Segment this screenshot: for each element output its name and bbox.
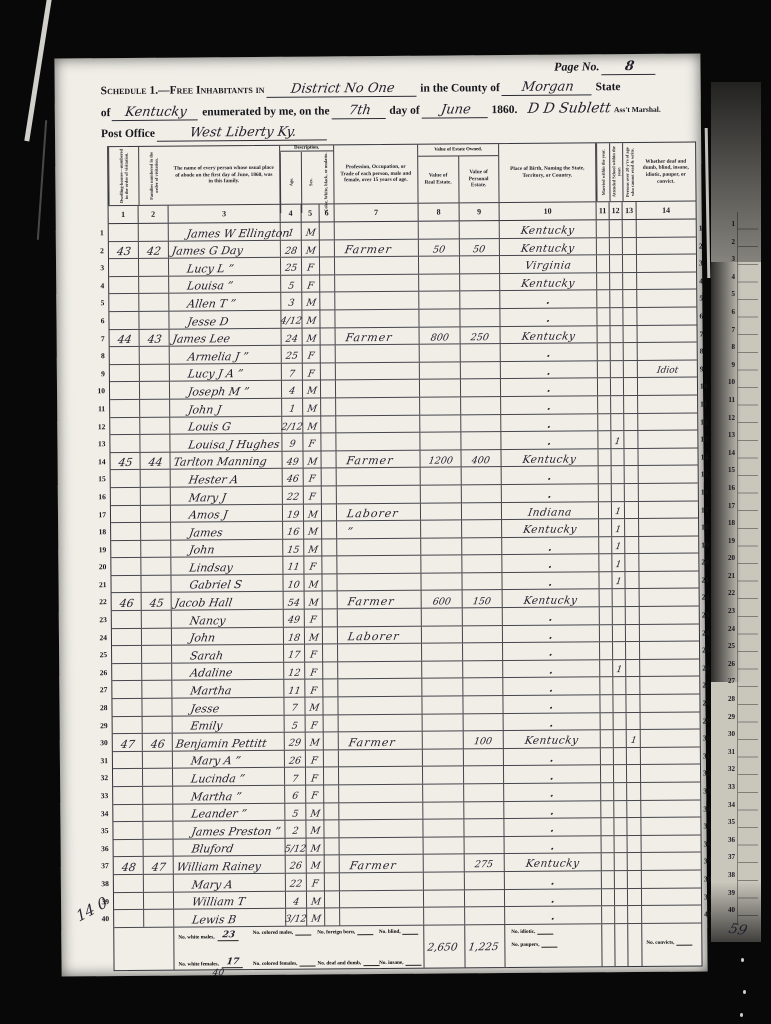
cell-color [324, 821, 339, 838]
cell-color [323, 662, 338, 679]
header-sex: Sex. [301, 151, 319, 213]
cell-value: 7 [291, 774, 298, 784]
cell-value: . [550, 912, 556, 923]
cell-value: M [309, 809, 320, 819]
cell-personal-estate [461, 432, 501, 449]
cell-birthplace: . [502, 467, 599, 484]
day-value: 7th [331, 103, 387, 119]
cell-cannot-read [623, 220, 637, 237]
cell-value: 50 [473, 245, 487, 255]
cell-school [611, 326, 624, 343]
cell-married [599, 572, 612, 589]
cell-value: 2 [292, 827, 299, 837]
cell-value: Lucy L ” [186, 263, 234, 274]
cell-color [324, 715, 339, 732]
cell-real-estate [422, 679, 463, 696]
cell-value: 46 [118, 598, 134, 609]
cell-value: . [546, 402, 552, 413]
row-number: 34 [95, 805, 108, 823]
cell-married [597, 308, 610, 325]
year-label: 1860. [491, 104, 517, 116]
cell-color [320, 293, 335, 310]
cell-dwelling [110, 382, 140, 399]
cell-value: . [549, 701, 555, 712]
cell-color [324, 733, 339, 750]
film-speck [740, 1013, 743, 1017]
cell-birthplace: . [501, 396, 598, 413]
cell-value: M [308, 704, 319, 714]
cell-value: M [306, 457, 317, 467]
cell-value: M [310, 915, 321, 925]
cell-dwelling: 45 [111, 453, 141, 470]
cell-sex: M [304, 504, 322, 521]
cell-value: . [548, 613, 554, 624]
cell-personal-estate [463, 608, 503, 625]
cell-value: 100 [473, 737, 493, 747]
cell-value: 6 [291, 792, 298, 802]
cell-remarks [637, 272, 696, 289]
cell-value: 22 [289, 880, 303, 890]
cell-birthplace: Virginia [500, 255, 597, 272]
cell-value: F [307, 264, 315, 274]
cell-value: Hester A [188, 474, 239, 485]
cell-dwelling [114, 892, 144, 909]
cell-remarks [639, 554, 698, 571]
cell-value: Jesse [190, 703, 220, 714]
cell-value: 3/12 [285, 915, 308, 925]
convicts-label: No. convicts, [646, 939, 674, 945]
cell-family [142, 663, 172, 680]
cell-value: 25 [284, 264, 298, 274]
cell-name: Louis G [170, 416, 282, 433]
column-number: 7 [335, 204, 419, 222]
cell-family: 46 [143, 734, 173, 751]
cell-value: 54 [287, 598, 301, 608]
cell-family [142, 611, 172, 628]
cell-remarks [642, 888, 701, 905]
cell-value: F [307, 281, 315, 291]
cell-value: Kentucky [522, 454, 577, 465]
cell-value: Laborer [346, 508, 399, 519]
cell-color [322, 557, 337, 574]
row-number: 2 [91, 242, 104, 260]
cell-married [597, 273, 610, 290]
cell-occupation: Farmer [336, 327, 420, 344]
cell-sex: F [305, 680, 323, 697]
header-remarks: Whether deaf and dumb, blind, insane, id… [636, 143, 695, 201]
cell-color [322, 504, 337, 521]
cell-value: 10 [287, 581, 301, 591]
cell-remarks [637, 290, 696, 307]
cell-family [139, 312, 169, 329]
cell-value: 44 [116, 334, 132, 345]
film-scratch [37, 120, 47, 240]
cell-occupation [336, 362, 420, 379]
cell-value: Mary J [188, 492, 227, 503]
cell-dwelling [111, 541, 141, 558]
cell-personal-estate [462, 555, 502, 572]
cell-occupation [339, 749, 423, 766]
cell-sex: F [302, 275, 320, 292]
row-number: 27 [94, 682, 107, 700]
cell-value: 46 [149, 739, 165, 750]
row-number: 13 [92, 435, 105, 453]
cell-personal-estate [465, 837, 505, 854]
cell-married [598, 343, 611, 360]
cell-real-estate [423, 749, 464, 766]
table-body: James W Ellington1MKentucky4342James G D… [109, 220, 702, 928]
cell-sex: M [307, 891, 325, 908]
cell-family [139, 224, 169, 241]
header-cannot-read: Persons over 20 y'rs of age who cannot r… [622, 143, 636, 201]
cell-married [601, 748, 614, 765]
cell-color [320, 275, 335, 292]
cell-value: Kentucky [520, 226, 575, 237]
cell-sex: M [307, 909, 325, 926]
cell-sex: F [307, 873, 325, 890]
cell-school: 1 [612, 537, 625, 554]
cell-value: M [306, 422, 317, 432]
cell-personal-estate [464, 749, 504, 766]
cell-birthplace: . [504, 766, 601, 783]
cell-cannot-read [626, 625, 640, 642]
cell-value: 45 [117, 457, 133, 468]
row-number: 33 [719, 783, 735, 801]
cell-value: 1 [615, 543, 622, 552]
column-number: 12 [610, 202, 623, 219]
cell-occupation [336, 398, 420, 415]
cell-real-estate [420, 397, 461, 414]
value-group-title: Value of Estate Owned. [418, 144, 498, 157]
row-number: 28 [94, 699, 107, 717]
cell-value: . [545, 296, 551, 307]
row-number: 22 [94, 594, 107, 612]
cell-name: Hester A [171, 469, 283, 486]
cell-age: 28 [281, 240, 302, 257]
cell-sex: M [303, 381, 321, 398]
cell-school [612, 466, 625, 483]
cell-dwelling [113, 787, 143, 804]
cell-married [597, 291, 610, 308]
cell-cannot-read [628, 836, 642, 853]
page-number-value: 8 [601, 59, 657, 75]
cell-family [144, 892, 174, 909]
cell-cannot-read [627, 801, 641, 818]
cell-value: M [308, 633, 319, 643]
cell-personal-estate [461, 397, 501, 414]
cell-value: Farmer [345, 332, 394, 343]
cell-value: . [547, 472, 553, 483]
cell-value: Lucy J A ” [187, 368, 244, 379]
cell-cannot-read [625, 554, 639, 571]
cell-remarks [640, 659, 699, 676]
cell-married [600, 642, 613, 659]
row-number: 8 [92, 347, 105, 365]
cell-age: 26 [285, 750, 306, 767]
cell-age: 5 [285, 803, 306, 820]
cell-value: Leander ” [191, 808, 248, 819]
cell-age: 9 [282, 434, 303, 451]
cell-value: M [305, 317, 316, 327]
cell-value: 1 [615, 561, 622, 570]
cell-value: F [310, 756, 318, 766]
header-birthplace: Place of Birth, Naming the State, Territ… [499, 143, 596, 202]
cell-value: . [550, 824, 556, 835]
cell-sex: F [303, 363, 321, 380]
cell-age: 6 [285, 786, 306, 803]
cell-school [615, 836, 628, 853]
cell-value: Benjamin Pettitt [175, 738, 267, 750]
real-estate-total-cell: 2,650 [424, 925, 465, 967]
footer-small-cell [615, 924, 628, 966]
cell-age: 11 [283, 557, 304, 574]
cell-sex: M [304, 522, 322, 539]
cell-name: James G Day [169, 240, 281, 257]
cell-value: 4 [288, 387, 295, 397]
cell-dwelling [109, 224, 139, 241]
cell-birthplace: . [503, 643, 600, 660]
cell-sex: F [306, 768, 324, 785]
cell-real-estate [419, 221, 460, 238]
cell-birthplace: . [500, 308, 597, 325]
cell-age: 10 [283, 574, 304, 591]
cell-married [600, 607, 613, 624]
cell-value: 26 [289, 862, 303, 872]
cell-value: Louisa ” [186, 281, 234, 292]
cell-sex: F [304, 469, 322, 486]
cell-name: James [171, 522, 283, 539]
cell-married [601, 766, 614, 783]
cell-sex: F [305, 662, 323, 679]
cell-dwelling [110, 365, 140, 382]
cell-value: Indiana [527, 507, 572, 518]
cell-cannot-read [624, 343, 638, 360]
cell-value: 47 [119, 739, 135, 750]
cell-value: Allen T ” [187, 298, 237, 309]
cell-occupation [337, 538, 421, 555]
cell-cannot-read [627, 818, 641, 835]
cell-occupation: Farmer [338, 591, 422, 608]
row-number: 1 [91, 224, 104, 242]
cell-cannot-read [624, 361, 638, 378]
cell-personal-estate [460, 309, 500, 326]
cell-occupation [338, 679, 422, 696]
cell-value: 9 [289, 440, 296, 450]
cell-real-estate [422, 608, 463, 625]
cell-real-estate [421, 485, 462, 502]
cell-school: 1 [612, 502, 625, 519]
column-number: 11 [597, 202, 610, 219]
cell-color [321, 433, 336, 450]
cell-married [599, 484, 612, 501]
cell-color [323, 627, 338, 644]
cell-school [610, 308, 623, 325]
cell-family [141, 576, 171, 593]
cell-cannot-read [623, 255, 637, 272]
cell-birthplace: Kentucky [501, 326, 598, 343]
cell-cannot-read [628, 871, 642, 888]
cell-age: 18 [284, 627, 305, 644]
footer-small-cell [628, 924, 642, 966]
cell-age: 25 [282, 346, 303, 363]
cell-value: James G Day [171, 245, 244, 257]
cell-sex: M [303, 416, 321, 433]
cell-value: . [546, 314, 552, 325]
cell-value: F [308, 440, 316, 450]
cell-name: Lucinda ” [173, 768, 285, 785]
county-label: in the County of [420, 82, 500, 95]
cell-name: Amos J [171, 504, 283, 521]
cell-birthplace: . [505, 906, 602, 923]
cell-cannot-read [625, 484, 639, 501]
cell-value: Kentucky [521, 331, 576, 342]
cell-personal-estate [461, 344, 501, 361]
cell-value: Kentucky [520, 243, 575, 254]
cell-color [325, 873, 340, 890]
cell-value: M [310, 897, 321, 907]
cell-dwelling [110, 417, 140, 434]
cell-cannot-read [627, 748, 641, 765]
cell-color [321, 363, 336, 380]
cell-value: . [547, 490, 553, 501]
row-number: 31 [719, 748, 735, 766]
cell-value: Kentucky [522, 525, 577, 536]
row-number: 29 [95, 717, 108, 735]
cell-school [611, 343, 624, 360]
cell-value: 49 [287, 616, 301, 626]
cell-real-estate [422, 696, 463, 713]
cell-married [598, 326, 611, 343]
cell-school [615, 853, 628, 870]
cell-personal-estate [465, 907, 505, 924]
cell-value: 1 [614, 508, 621, 517]
cell-dwelling [113, 752, 143, 769]
cell-birthplace: . [504, 783, 601, 800]
cell-color [321, 416, 336, 433]
cell-age: 11 [284, 680, 305, 697]
cell-occupation [336, 415, 420, 432]
cell-value: M [309, 739, 320, 749]
cell-occupation: Laborer [338, 626, 422, 643]
cell-age: 5/12 [286, 838, 307, 855]
cell-name: Emily [173, 715, 285, 732]
cell-school [613, 607, 626, 624]
cell-family [142, 681, 172, 698]
cell-school: 1 [612, 572, 625, 589]
cell-family [141, 505, 171, 522]
cell-birthplace: Kentucky [501, 449, 598, 466]
cell-family [141, 558, 171, 575]
cell-remarks [638, 448, 697, 465]
cell-married [598, 396, 611, 413]
cell-color [325, 838, 340, 855]
cell-real-estate [423, 714, 464, 731]
cell-age: 26 [286, 856, 307, 873]
row-number: 4 [91, 277, 104, 295]
cell-cannot-read [627, 783, 641, 800]
cell-age: 22 [283, 487, 304, 504]
cell-birthplace: . [504, 713, 601, 730]
cell-school [610, 255, 623, 272]
cell-family [141, 523, 171, 540]
cell-sex: M [306, 821, 324, 838]
cell-real-estate [421, 556, 462, 573]
cell-personal-estate [462, 520, 502, 537]
cell-name: Gabriel S [171, 575, 283, 592]
cell-value: F [307, 369, 315, 379]
cell-value: M [306, 387, 317, 397]
cell-cannot-read [625, 537, 639, 554]
cell-sex: M [307, 838, 325, 855]
cell-name: Martha ” [173, 786, 285, 803]
white-males-label: No. white males, [178, 934, 214, 940]
cell-value: James W Ellington [186, 227, 290, 239]
cell-occupation [337, 468, 421, 485]
cell-remarks [639, 536, 698, 553]
state-value: Kentucky [112, 104, 200, 121]
cell-value: M [310, 862, 321, 872]
cell-remarks [642, 853, 701, 870]
row-number: 36 [96, 840, 109, 858]
cell-real-estate [424, 908, 465, 925]
cell-value: Jesse D [187, 316, 230, 327]
cell-remarks [638, 413, 697, 430]
cell-age: 49 [284, 610, 305, 627]
cell-birthplace: . [502, 484, 599, 501]
row-number: 32 [719, 765, 735, 783]
cell-value: Louis G [187, 421, 231, 432]
cell-school: 1 [612, 519, 625, 536]
cell-color [321, 381, 336, 398]
cell-married [602, 889, 615, 906]
cell-value: 1200 [428, 456, 454, 466]
cell-value: John J [187, 404, 222, 415]
cell-cannot-read [625, 572, 639, 589]
cell-age: 4 [286, 891, 307, 908]
cell-age: 24 [282, 328, 303, 345]
cell-value: James [188, 527, 223, 538]
cell-name: Lindsay [171, 557, 283, 574]
column-number: 2 [139, 206, 169, 223]
cell-remarks [642, 870, 701, 887]
cell-value: 47 [150, 862, 166, 873]
cell-age: 4 [282, 381, 303, 398]
row-number: 3 [91, 259, 104, 277]
cell-value: M [308, 598, 319, 608]
cell-value: 5 [291, 721, 298, 731]
header-name: The name of every person whose usual pla… [168, 146, 280, 205]
cell-occupation [335, 257, 419, 274]
column-number: 3 [169, 205, 281, 223]
blind-label: No. blind, [379, 929, 401, 935]
cell-value: F [310, 668, 318, 678]
cell-value: . [547, 542, 553, 553]
cell-value: F [310, 721, 318, 731]
cell-married [598, 379, 611, 396]
cell-dwelling: 46 [112, 593, 142, 610]
cell-married [597, 220, 610, 237]
cell-cannot-read [623, 238, 637, 255]
cell-sex: M [306, 733, 324, 750]
post-office-value: West Liberty Ky. [157, 124, 329, 141]
column-number: 9 [460, 203, 500, 220]
cell-real-estate [419, 257, 460, 274]
cell-color [324, 803, 339, 820]
cell-dwelling [112, 629, 142, 646]
paupers-label: No. paupers, [511, 942, 539, 948]
cell-occupation [340, 908, 424, 925]
cell-personal-estate [465, 890, 505, 907]
